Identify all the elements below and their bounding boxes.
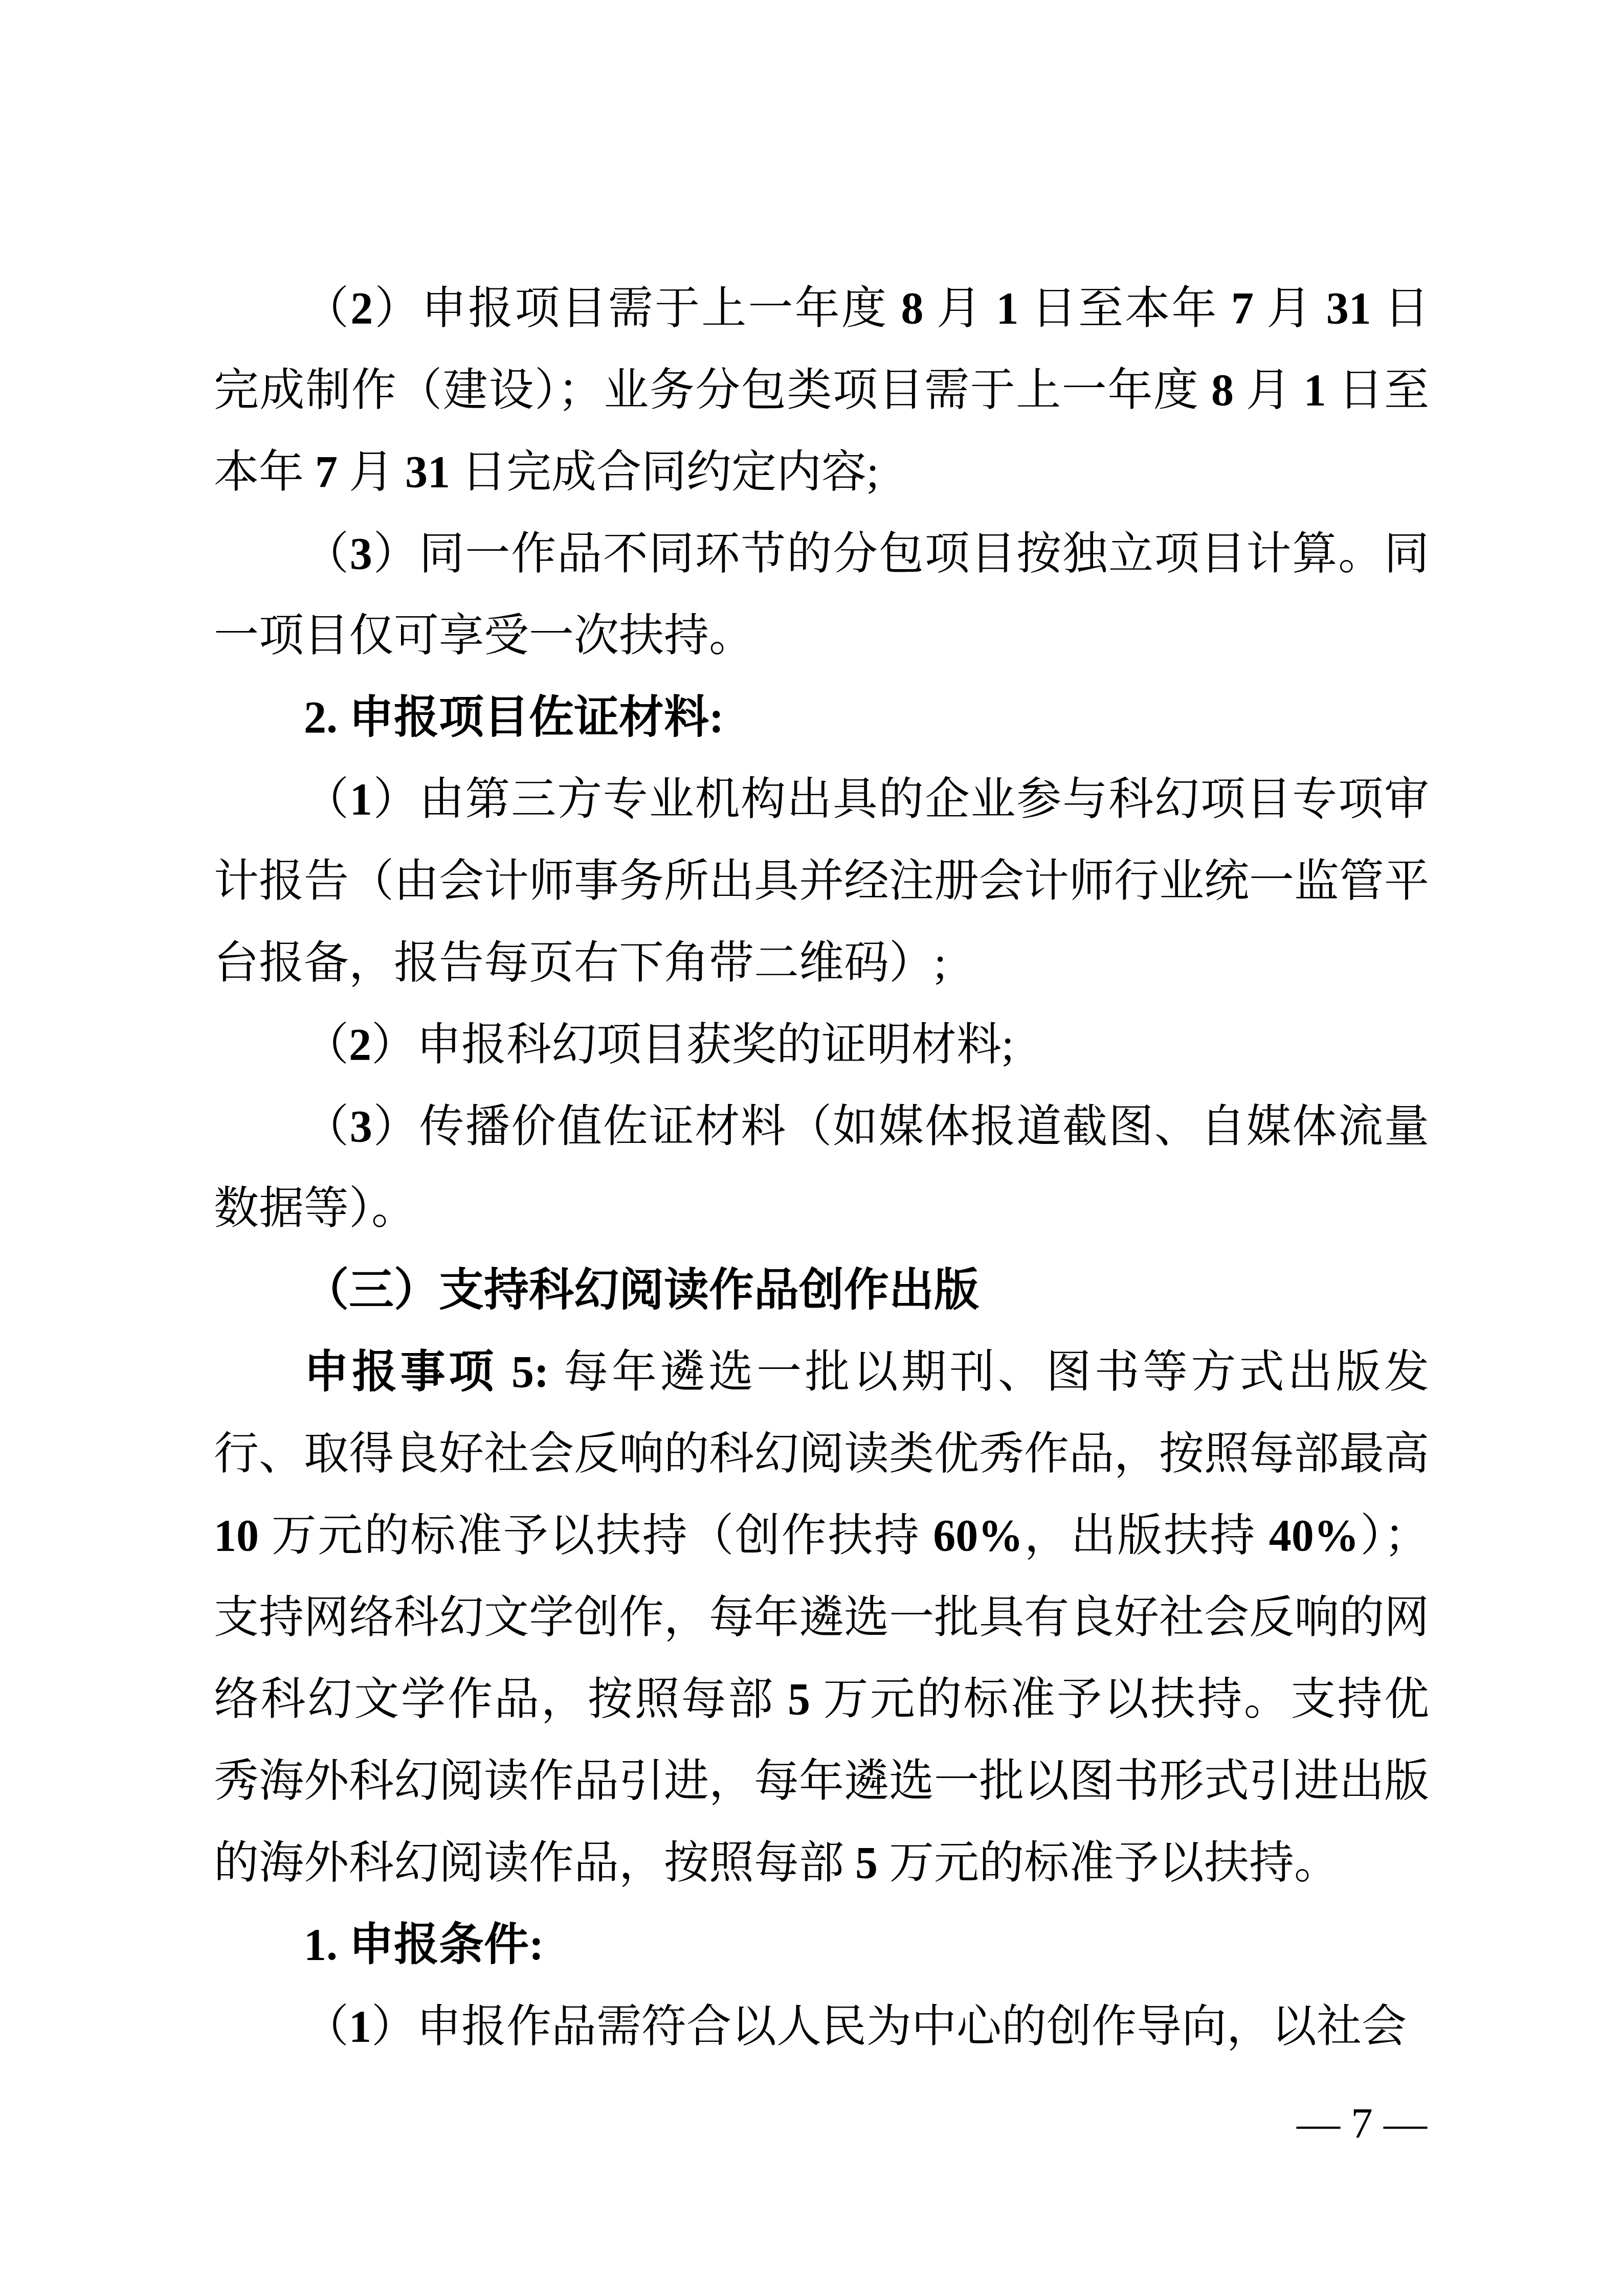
document-page: （2）申报项目需于上一年度 8 月 1 日至本年 7 月 31 日完成制作（建设… xyxy=(0,0,1624,2296)
paragraph-text: 2. 申报项目佐证材料: xyxy=(304,693,724,742)
numeral: 8 xyxy=(1211,366,1234,415)
paragraph: 2. 申报项目佐证材料: xyxy=(214,677,1429,759)
numeral: 2 xyxy=(350,284,373,333)
numeral: 3 xyxy=(350,1102,372,1152)
numeral: 60% xyxy=(933,1511,1023,1561)
paragraph-text: （1）由第三方专业机构出具的企业参与科幻项目专项审计报告（由会计师事务所出具并经… xyxy=(214,775,1429,988)
page-number: — 7 — xyxy=(1297,2096,1427,2152)
paragraph: （2）申报科幻项目获奖的证明材料; xyxy=(214,1004,1429,1086)
paragraph-text: （3）传播价值佐证材料（如媒体报道截图、自媒体流量数据等）。 xyxy=(214,1102,1429,1233)
numeral: 1 xyxy=(349,2002,371,2052)
paragraph: （1）申报作品需符合以人民为中心的创作导向，以社会 xyxy=(214,1986,1429,2068)
paragraph: 1. 申报条件: xyxy=(214,1904,1429,1986)
numeral: 31 xyxy=(405,447,450,497)
document-content: （2）申报项目需于上一年度 8 月 1 日至本年 7 月 31 日完成制作（建设… xyxy=(214,268,1429,2068)
numeral: 1 xyxy=(304,1920,326,1970)
numeral: 2 xyxy=(304,693,326,742)
paragraph: （三）支持科幻阅读作品创作出版 xyxy=(214,1250,1429,1332)
paragraph: （3）同一作品不同环节的分包项目按独立项目计算。同一项目仅可享受一次扶持。 xyxy=(214,513,1429,677)
paragraph-bold-prefix: 申报事项 5: xyxy=(304,1347,549,1397)
paragraph-text: （2）申报项目需于上一年度 8 月 1 日至本年 7 月 31 日完成制作（建设… xyxy=(214,284,1429,497)
paragraph: 申报事项 5: 每年遴选一批以期刊、图书等方式出版发行、取得良好社会反响的科幻阅… xyxy=(214,1332,1429,1904)
numeral: 1 xyxy=(350,775,372,824)
numeral: 1 xyxy=(1304,366,1326,415)
numeral: 1 xyxy=(996,284,1018,333)
numeral: 7 xyxy=(1231,284,1254,333)
numeral: 31 xyxy=(1326,284,1371,333)
numeral: 5 xyxy=(788,1675,810,1724)
numeral: 5 xyxy=(855,1838,878,1888)
paragraph-text: 每年遴选一批以期刊、图书等方式出版发行、取得良好社会反响的科幻阅读类优秀作品，按… xyxy=(214,1347,1429,1888)
paragraph: （2）申报项目需于上一年度 8 月 1 日至本年 7 月 31 日完成制作（建设… xyxy=(214,268,1429,513)
numeral: 2 xyxy=(349,1020,371,1070)
numeral: 3 xyxy=(350,529,372,579)
numeral: 40% xyxy=(1269,1511,1359,1561)
paragraph-text: （三）支持科幻阅读作品创作出版 xyxy=(304,1266,979,1315)
paragraph: （1）由第三方专业机构出具的企业参与科幻项目专项审计报告（由会计师事务所出具并经… xyxy=(214,759,1429,1004)
paragraph-text: （1）申报作品需符合以人民为中心的创作导向，以社会 xyxy=(304,2002,1407,2052)
paragraph-text: （3）同一作品不同环节的分包项目按独立项目计算。同一项目仅可享受一次扶持。 xyxy=(214,529,1429,661)
numeral: 5 xyxy=(511,1347,534,1397)
paragraph-text: （2）申报科幻项目获奖的证明材料; xyxy=(304,1020,1014,1070)
numeral: 10 xyxy=(214,1511,259,1561)
paragraph-text: 1. 申报条件: xyxy=(304,1920,544,1970)
paragraph: （3）传播价值佐证材料（如媒体报道截图、自媒体流量数据等）。 xyxy=(214,1086,1429,1250)
numeral: 8 xyxy=(901,284,924,333)
numeral: 7 xyxy=(315,447,338,497)
